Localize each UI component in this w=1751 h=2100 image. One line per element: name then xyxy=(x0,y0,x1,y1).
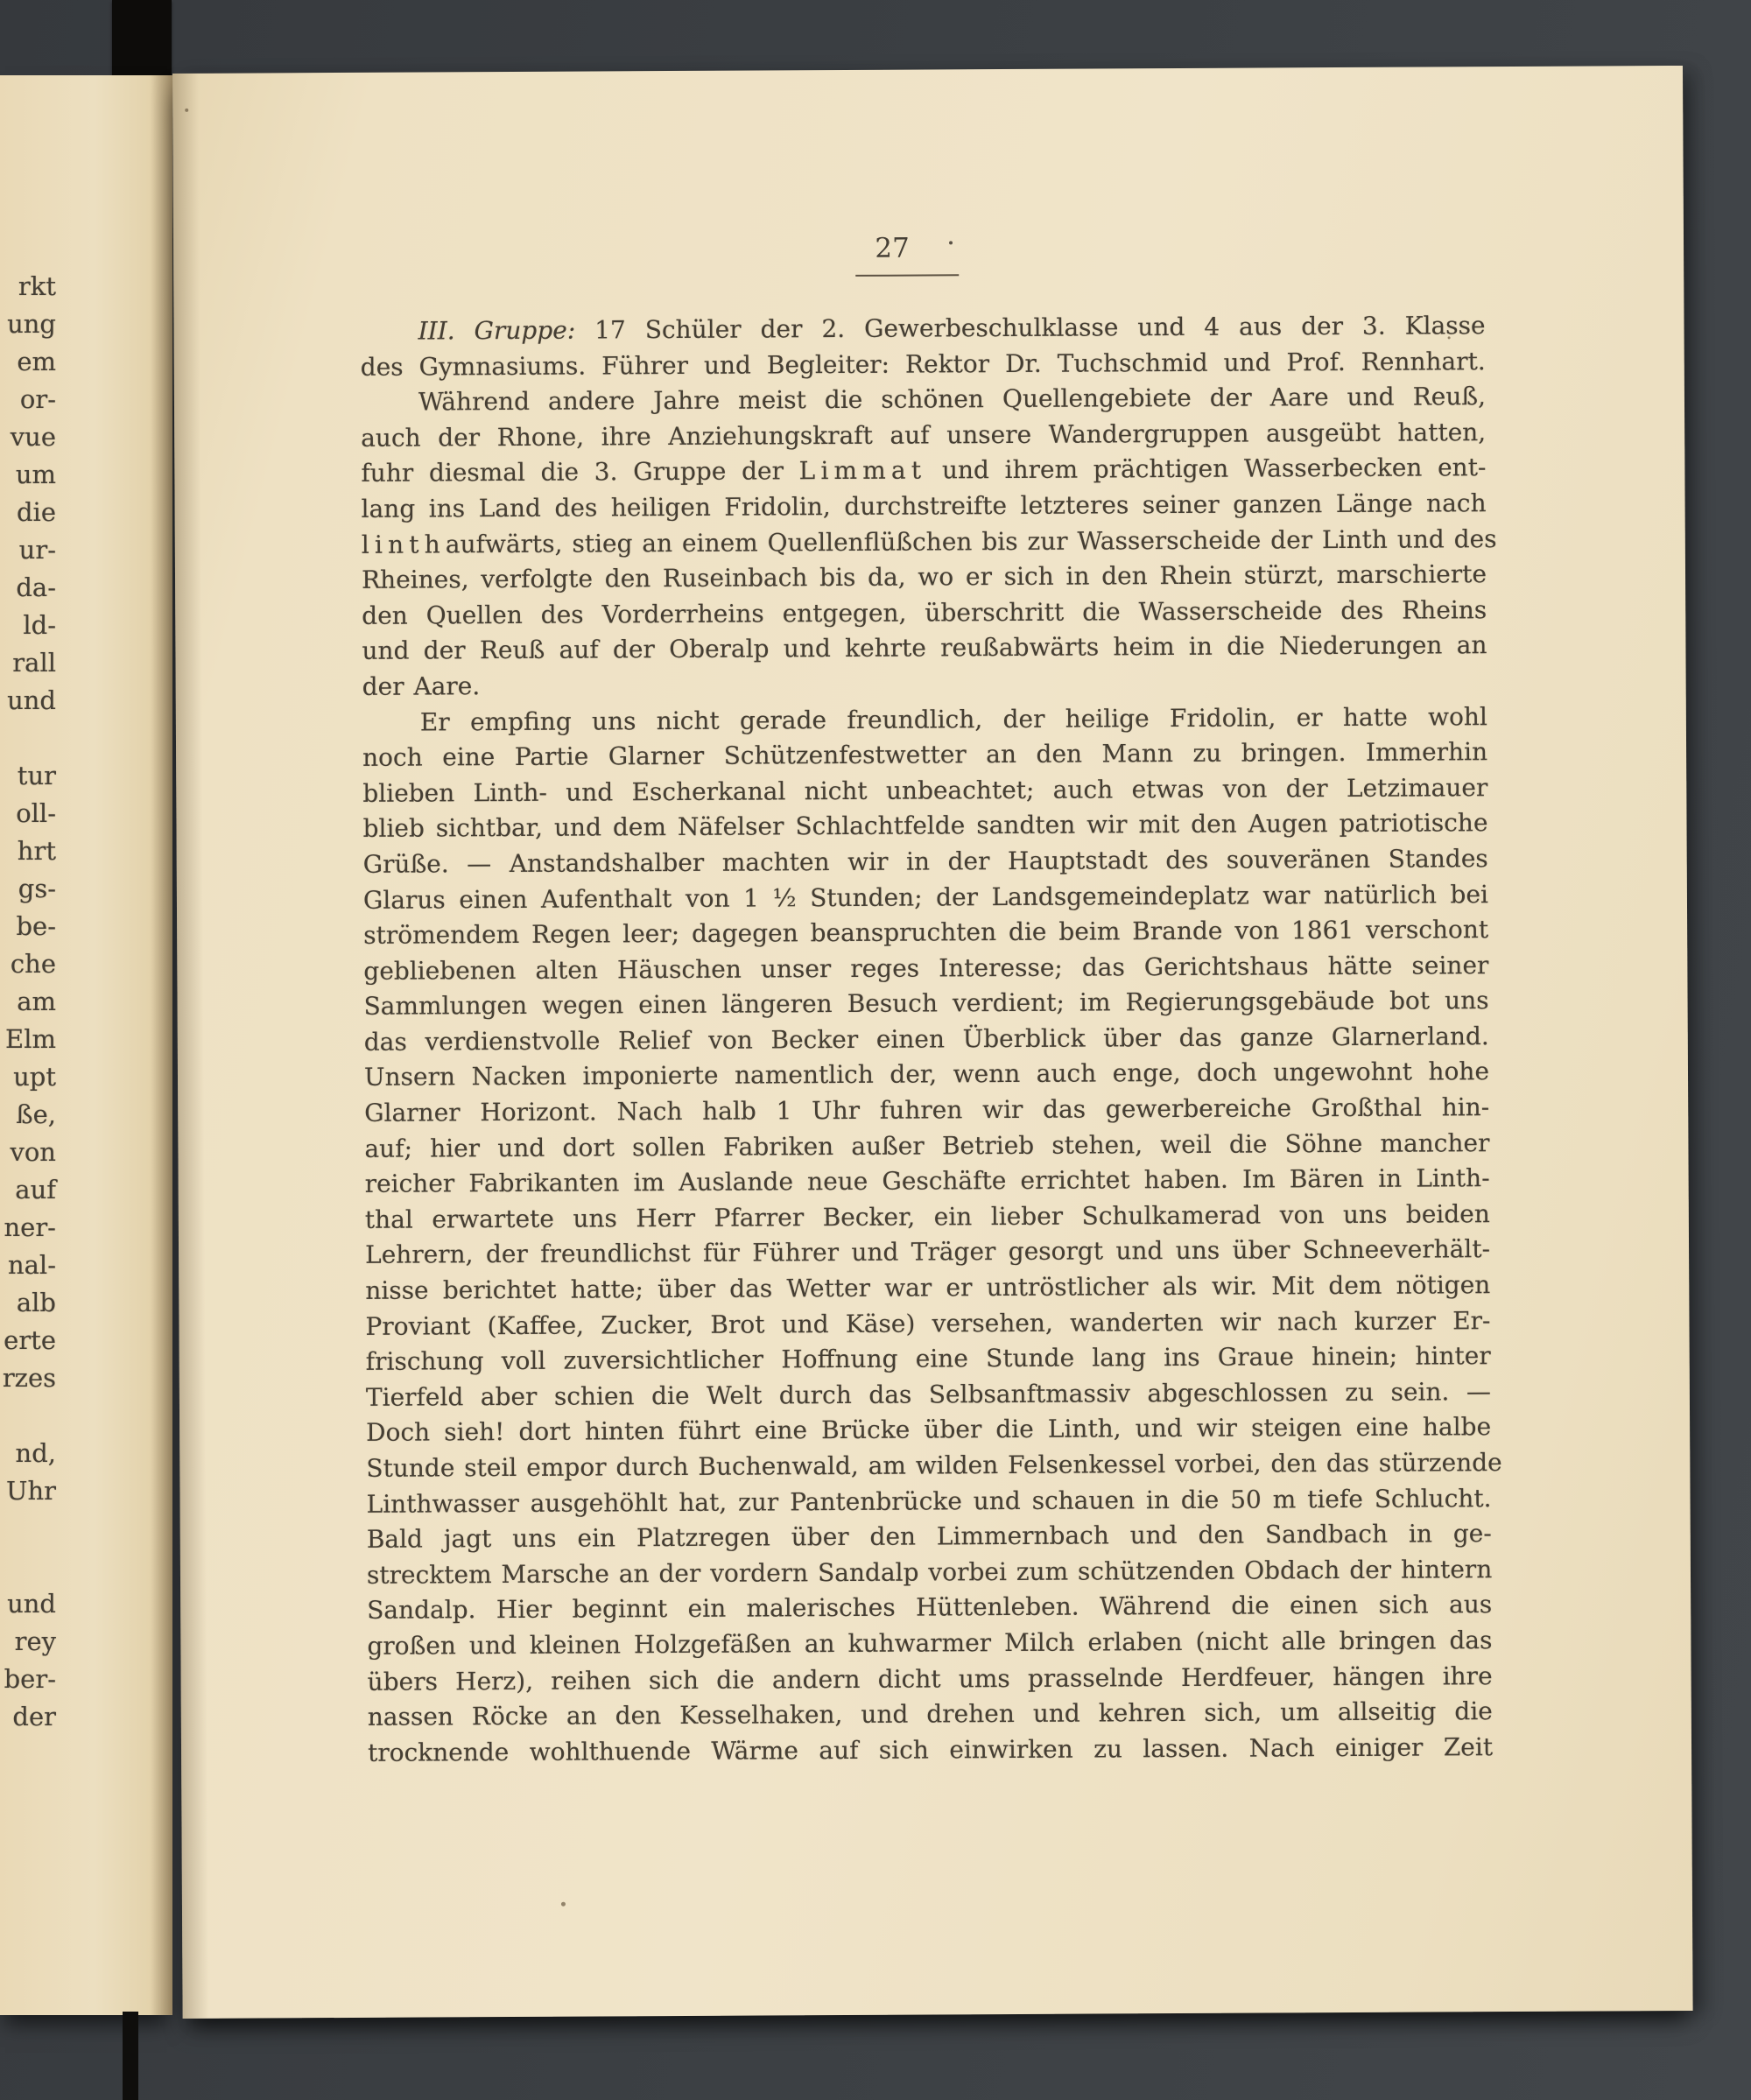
photo-backdrop: rktungemor-vueumdieur-da-ld-rallundturol… xyxy=(0,0,1751,2100)
text-segment: Proviant (Kaffee, Zucker, Brot und Käse)… xyxy=(365,1306,1490,1341)
prev-page-line-fragment xyxy=(0,1510,56,1548)
text-line: und der Reuß auf der Oberalp und kehrte … xyxy=(362,628,1487,669)
prev-page-line-fragment: rzes xyxy=(0,1359,56,1397)
text-segment: des Gymnasiums. Führer und Begleiter: Re… xyxy=(361,347,1486,382)
prev-page-line-fragment: der xyxy=(0,1698,56,1736)
text-segment: blieb sichtbar, und dem Näfelser Schlach… xyxy=(362,808,1487,843)
text-segment: blieben Linth- und Escherkanal nicht unb… xyxy=(362,773,1487,808)
text-segment: aufwärts, stieg an einem Quellenflüßchen… xyxy=(446,524,1497,558)
text-segment: und ihrem prächtigen Wasserbecken ent- xyxy=(926,453,1486,485)
prev-page-line-fragment: erte xyxy=(0,1322,56,1359)
text-line: auf; hier und dort sollen Fabriken außer… xyxy=(364,1126,1489,1167)
text-segment: Sandalp. Hier beginnt ein malerisches Hü… xyxy=(367,1591,1492,1626)
prev-page-line-fragment: upt xyxy=(0,1058,56,1096)
text-line: blieb sichtbar, und dem Näfelser Schlach… xyxy=(362,805,1487,846)
text-segment: und der Reuß auf der Oberalp und kehrte … xyxy=(362,630,1487,665)
prev-page-line-fragment: um xyxy=(0,456,56,494)
prev-page-line-fragment: gs- xyxy=(0,870,56,908)
text-line: Grüße. — Anstandshalber machten wir in d… xyxy=(363,841,1488,882)
text-segment: Doch sieh! dort hinten führt eine Brücke… xyxy=(366,1413,1491,1448)
prev-page-line-fragment: ner- xyxy=(0,1209,56,1247)
prev-page-line-fragment xyxy=(0,720,56,757)
prev-page-line-fragment: auf xyxy=(0,1171,56,1209)
text-segment: 17 Schüler der 2. Gewerbeschulklasse und… xyxy=(575,311,1485,344)
text-line: fuhr diesmal die 3. Gruppe der Limmat un… xyxy=(361,451,1486,492)
prev-page-line-fragment: nal- xyxy=(0,1247,56,1284)
prev-page-line-fragment: ße, xyxy=(0,1096,56,1134)
prev-page-line-fragment: da- xyxy=(0,569,56,607)
text-line: trocknende wohlthuende Wärme auf sich ei… xyxy=(368,1730,1493,1771)
prev-page-line-fragment: ber- xyxy=(0,1661,56,1698)
text-line: frischung voll zuversichtlicher Hoffnung… xyxy=(366,1338,1491,1380)
text-segment: linth xyxy=(362,530,446,559)
text-line: noch eine Partie Glarner Schützenfestwet… xyxy=(362,734,1487,776)
prev-page-line-fragment: rkt xyxy=(0,268,56,306)
text-line: das verdienstvolle Relief von Becker ein… xyxy=(364,1019,1489,1060)
text-line: nassen Röcke an den Kesselhaken, und dre… xyxy=(368,1694,1493,1735)
text-block: III. Gruppe: 17 Schüler der 2. Gewerbesc… xyxy=(360,308,1493,1771)
text-segment: übers Herz), reihen sich die andern dich… xyxy=(368,1661,1493,1696)
prev-page-text-fragments: rktungemor-vueumdieur-da-ld-rallundturol… xyxy=(0,268,56,1736)
text-segment: Limmat xyxy=(799,456,927,486)
text-line: strecktem Marsche an der vordern Sandalp… xyxy=(367,1552,1492,1593)
text-line: linthaufwärts, stieg an einem Quellenflü… xyxy=(362,522,1487,563)
text-line: den Quellen des Vorderrheins entgegen, ü… xyxy=(362,593,1487,634)
prev-page-line-fragment: be- xyxy=(0,908,56,945)
text-line: Glarner Horizont. Nach halb 1 Uhr fuhren… xyxy=(364,1090,1489,1131)
text-line: Unsern Nacken imponierte namentlich der,… xyxy=(364,1055,1489,1096)
prev-page-line-fragment: em xyxy=(0,343,56,381)
text-line: Sammlungen wegen einen längeren Besuch v… xyxy=(363,983,1488,1024)
text-segment: strecktem Marsche an der vordern Sandalp… xyxy=(367,1555,1492,1590)
paper-speck xyxy=(1067,1645,1070,1647)
text-line: Linthwasser ausgehöhlt hat, zur Pantenbr… xyxy=(366,1481,1491,1522)
bookmark-ribbon-bottom xyxy=(123,2012,138,2100)
text-line: Er empfing uns nicht gerade freundlich, … xyxy=(362,699,1487,741)
text-line: des Gymnasiums. Führer und Begleiter: Re… xyxy=(361,344,1486,385)
text-segment: strömendem Regen leer; dagegen beanspruc… xyxy=(363,915,1488,950)
text-segment: auf; hier und dort sollen Fabriken außer… xyxy=(364,1128,1489,1163)
text-segment: großen und kleinen Holzgefäßen an kuhwar… xyxy=(367,1626,1492,1661)
text-line: Lehrern, der freundlichst für Führer und… xyxy=(365,1233,1490,1274)
text-segment: thal erwartete uns Herr Pfarrer Becker, … xyxy=(365,1199,1490,1234)
text-line: übers Herz), reihen sich die andern dich… xyxy=(368,1659,1493,1700)
prev-page-line-fragment: oll- xyxy=(0,795,56,832)
prev-page-line-fragment xyxy=(0,1397,56,1435)
text-line: der Aare. xyxy=(362,664,1487,705)
paper-speck xyxy=(561,1902,566,1907)
prev-page-line-fragment: che xyxy=(0,945,56,983)
prev-page-line-fragment: tur xyxy=(0,757,56,795)
text-segment: Bald jagt uns ein Platzregen über den Li… xyxy=(367,1519,1492,1554)
text-line: gebliebenen alten Häuschen unser reges I… xyxy=(363,948,1488,989)
text-line: Während andere Jahre meist die schönen Q… xyxy=(361,379,1486,420)
text-segment: Stunde steil empor durch Buchenwald, am … xyxy=(366,1448,1502,1483)
ink-speck xyxy=(949,241,953,244)
text-segment: frischung voll zuversichtlicher Hoffnung… xyxy=(366,1341,1491,1376)
text-segment: III. Gruppe: xyxy=(418,316,575,346)
prev-page-line-fragment: vue xyxy=(0,418,56,456)
text-segment: das verdienstvolle Relief von Becker ein… xyxy=(364,1022,1489,1057)
text-segment: Lehrern, der freundlichst für Führer und… xyxy=(365,1235,1490,1270)
previous-page-edge: rktungemor-vueumdieur-da-ld-rallundturol… xyxy=(0,75,172,2015)
text-line: blieben Linth- und Escherkanal nicht unb… xyxy=(362,770,1487,811)
text-segment: Grüße. — Anstandshalber machten wir in d… xyxy=(363,844,1488,879)
prev-page-line-fragment: am xyxy=(0,983,56,1021)
text-segment: Er empfing uns nicht gerade freundlich, … xyxy=(420,702,1487,736)
prev-page-line-fragment xyxy=(0,1548,56,1585)
text-segment: Unsern Nacken imponierte namentlich der,… xyxy=(364,1057,1489,1092)
text-segment: der Aare. xyxy=(362,671,481,701)
text-segment: Rheines, verfolgte den Ruseinbach bis da… xyxy=(362,559,1487,594)
text-line: nisse berichtet hatte; über das Wetter w… xyxy=(365,1268,1490,1309)
prev-page-line-fragment: rey xyxy=(0,1623,56,1661)
prev-page-line-fragment: Elm xyxy=(0,1021,56,1058)
gutter-shadow xyxy=(150,75,172,2015)
text-segment: nassen Röcke an den Kesselhaken, und dre… xyxy=(368,1696,1493,1731)
text-line: Stunde steil empor durch Buchenwald, am … xyxy=(366,1445,1491,1486)
text-line: thal erwartete uns Herr Pfarrer Becker, … xyxy=(365,1197,1490,1238)
text-line: III. Gruppe: 17 Schüler der 2. Gewerbesc… xyxy=(360,308,1485,349)
prev-page-line-fragment: nd, xyxy=(0,1435,56,1472)
text-line: großen und kleinen Holzgefäßen an kuhwar… xyxy=(367,1623,1492,1664)
text-line: reicher Fabrikanten im Auslande neue Ges… xyxy=(365,1161,1490,1202)
text-line: Glarus einen Aufenthalt von 1 ½ Stunden;… xyxy=(363,877,1488,918)
bookmark-ribbon-top xyxy=(112,0,172,79)
prev-page-line-fragment: und xyxy=(0,682,56,720)
prev-page-line-fragment: von xyxy=(0,1134,56,1171)
text-line: strömendem Regen leer; dagegen beanspruc… xyxy=(363,912,1488,953)
text-line: lang ins Land des heiligen Fridolin, dur… xyxy=(362,486,1487,527)
text-line: Doch sieh! dort hinten führt eine Brücke… xyxy=(366,1410,1491,1451)
prev-page-line-fragment: ur- xyxy=(0,531,56,569)
prev-page-line-fragment: und xyxy=(0,1585,56,1623)
text-segment: Tierfeld aber schien die Welt durch das … xyxy=(366,1377,1491,1412)
prev-page-line-fragment: rall xyxy=(0,644,56,682)
text-segment: nisse berichtet hatte; über das Wetter w… xyxy=(365,1270,1490,1305)
text-line: Rheines, verfolgte den Ruseinbach bis da… xyxy=(362,557,1487,598)
book-page: 27 III. Gruppe: 17 Schüler der 2. Gewerb… xyxy=(172,66,1693,2019)
prev-page-line-fragment: Uhr xyxy=(0,1472,56,1510)
text-segment: gebliebenen alten Häuschen unser reges I… xyxy=(363,951,1488,986)
text-line: Sandalp. Hier beginnt ein malerisches Hü… xyxy=(367,1588,1492,1629)
paper-speck xyxy=(185,109,188,112)
page-number: 27 xyxy=(840,232,945,264)
text-segment: Während andere Jahre meist die schönen Q… xyxy=(418,382,1486,416)
text-segment: trocknende wohlthuende Wärme auf sich ei… xyxy=(368,1732,1493,1767)
text-segment: fuhr diesmal die 3. Gruppe der xyxy=(361,457,798,488)
prev-page-line-fragment: die xyxy=(0,494,56,531)
text-segment: noch eine Partie Glarner Schützenfestwet… xyxy=(362,737,1487,772)
text-segment: Sammlungen wegen einen längeren Besuch v… xyxy=(363,986,1488,1021)
text-segment: Linthwasser ausgehöhlt hat, zur Pantenbr… xyxy=(366,1484,1491,1519)
prev-page-line-fragment: or- xyxy=(0,381,56,418)
text-segment: den Quellen des Vorderrheins entgegen, ü… xyxy=(362,595,1487,630)
text-line: Tierfeld aber schien die Welt durch das … xyxy=(366,1374,1491,1415)
text-segment: Glarus einen Aufenthalt von 1 ½ Stunden;… xyxy=(363,880,1488,915)
text-line: auch der Rhone, ihre Anziehungskraft auf… xyxy=(361,415,1486,456)
prev-page-line-fragment: ld- xyxy=(0,607,56,644)
paper-speck xyxy=(1448,336,1451,339)
text-segment: auch der Rhone, ihre Anziehungskraft auf… xyxy=(361,418,1486,453)
text-line: Bald jagt uns ein Platzregen über den Li… xyxy=(367,1516,1492,1557)
prev-page-line-fragment: alb xyxy=(0,1284,56,1322)
prev-page-line-fragment: hrt xyxy=(0,832,56,870)
text-segment: lang ins Land des heiligen Fridolin, dur… xyxy=(362,488,1487,523)
prev-page-line-fragment: ung xyxy=(0,306,56,343)
page-number-rule xyxy=(855,274,959,277)
text-line: Proviant (Kaffee, Zucker, Brot und Käse)… xyxy=(365,1303,1490,1345)
text-segment: Glarner Horizont. Nach halb 1 Uhr fuhren… xyxy=(364,1092,1489,1127)
text-segment: reicher Fabrikanten im Auslande neue Ges… xyxy=(365,1163,1490,1198)
